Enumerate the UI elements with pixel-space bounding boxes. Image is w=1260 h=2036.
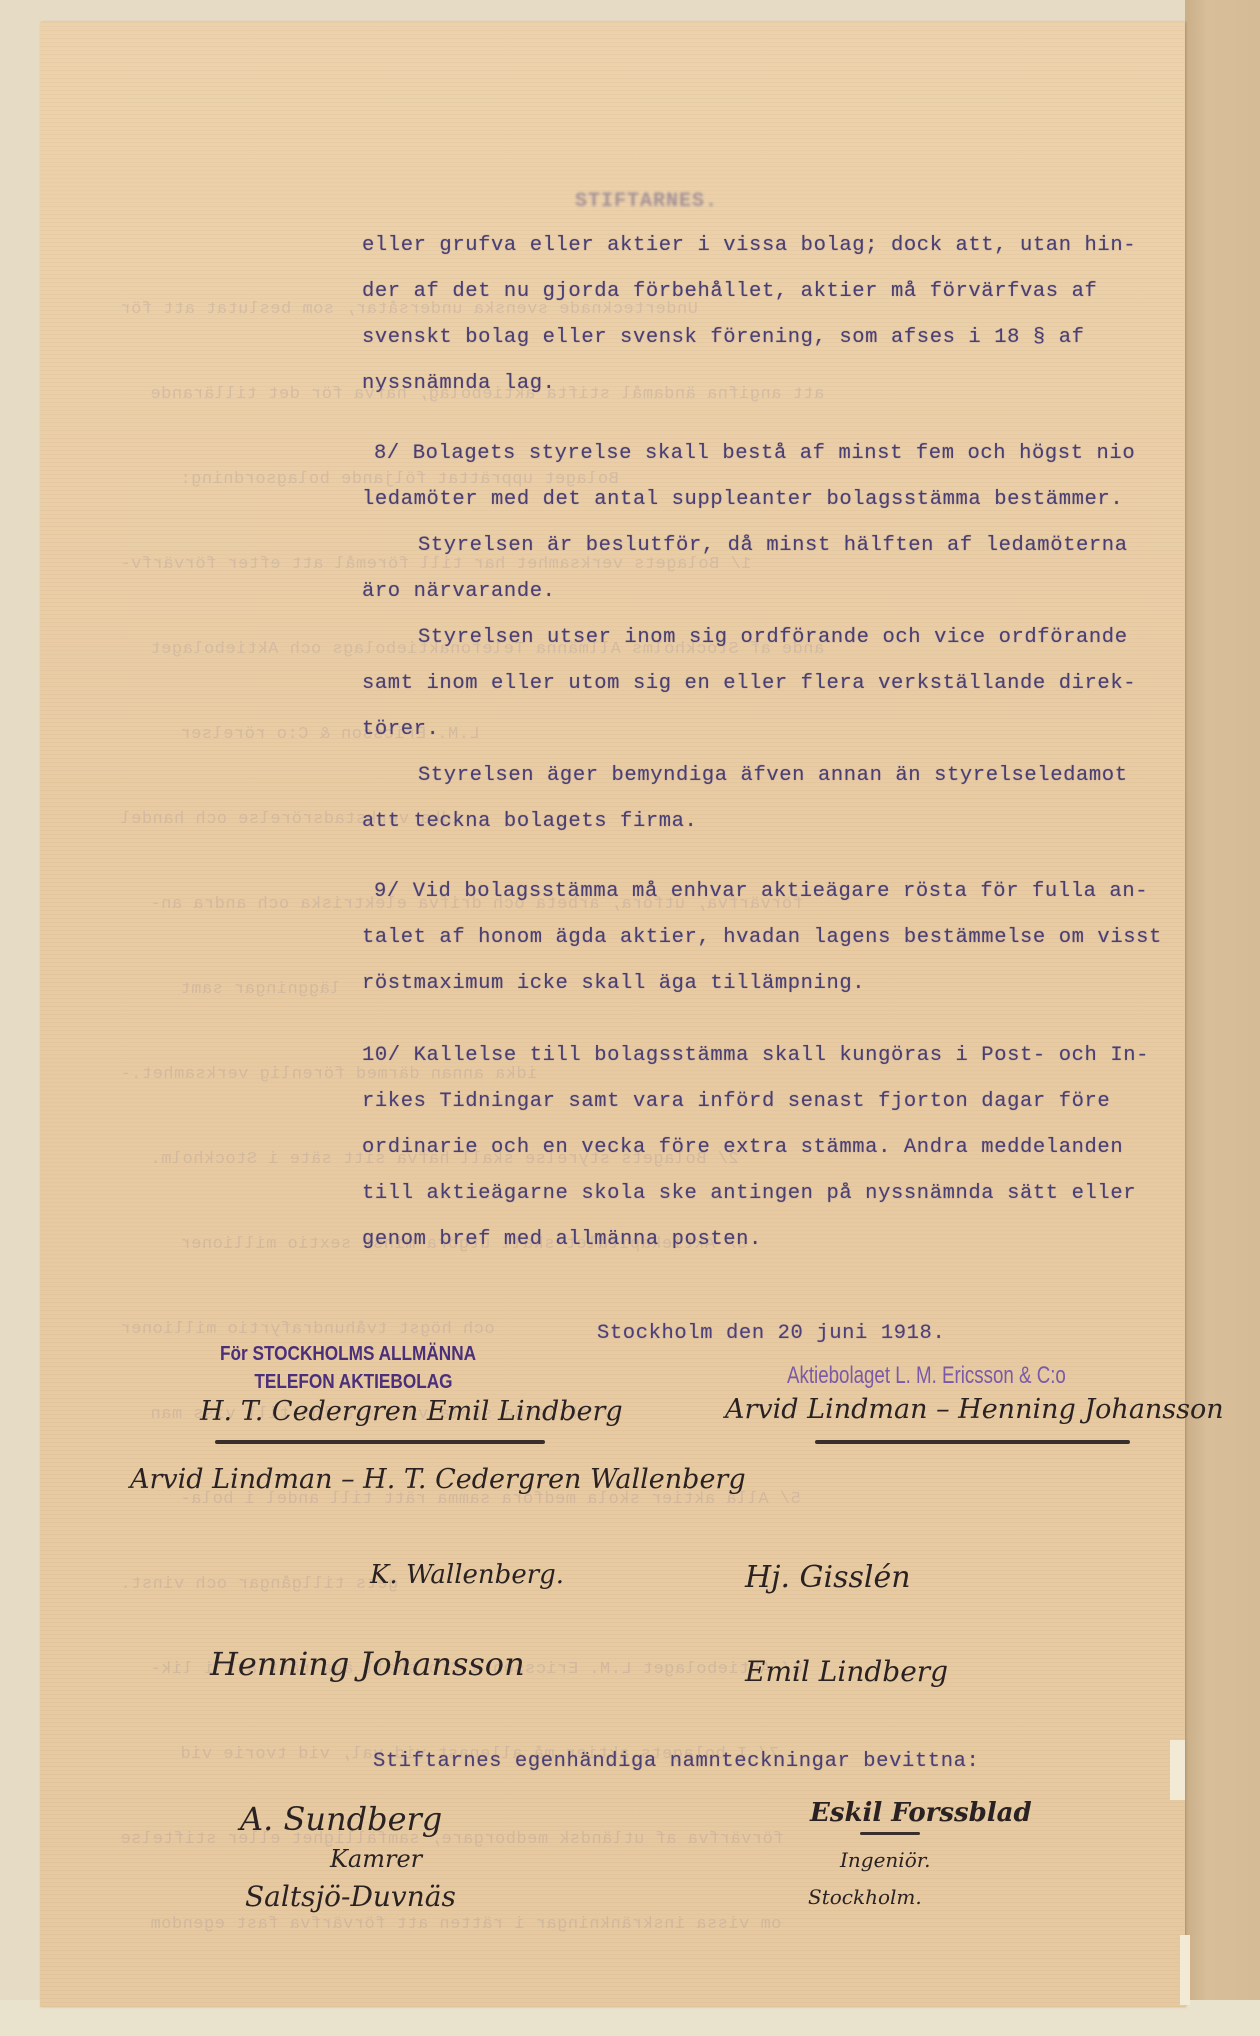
stamp-line-2: TELEFON AKTIEBOLAG [220, 1368, 476, 1396]
witness-right-title: Ingeniör. [840, 1848, 930, 1872]
signature-row1-left: H. T. Cedergren Emil Lindberg [200, 1396, 623, 1427]
body-text-line: Styrelsen är beslutför, då minst hälften… [418, 534, 1128, 557]
signature-row4-left: Henning Johansson [210, 1645, 525, 1683]
body-text-line: samt inom eller utom sig en eller flera … [362, 672, 1136, 695]
body-text-line: att teckna bolagets firma. [362, 810, 697, 833]
body-text-line: 8/ Bolagets styrelse skall bestå af mins… [374, 442, 1135, 465]
witness-right-name: Eskil Forssblad [810, 1798, 1032, 1828]
witness-right-place: Stockholm. [808, 1885, 922, 1909]
witness-underline [860, 1832, 920, 1835]
body-text-line: ordinarie och en vecka före extra stämma… [362, 1136, 1123, 1159]
stamp-line-1: För STOCKHOLMS ALLMÄNNA [220, 1343, 476, 1365]
paper-tear [1170, 1740, 1185, 1800]
body-text-line: eller grufva eller aktier i vissa bolag;… [362, 234, 1136, 257]
bleed-through-line: gets tillgångar och vinst. [120, 1575, 398, 1594]
adjacent-page-edge [1185, 0, 1260, 2036]
bleed-through-line: 1/ Bolagets verksamhet har till föremål … [120, 555, 751, 574]
bleed-through-line: och högst tvåhundrafyrtio millioner [120, 1320, 495, 1339]
bleed-through-line: idka annan därmed förenlig verksamhet.- [120, 1065, 537, 1084]
body-text-line: der af det nu gjorda förbehållet, aktier… [362, 280, 1097, 303]
body-text-line: ledamöter med det antal suppleanter bola… [362, 488, 1123, 511]
body-text-line: 9/ Vid bolagsstämma må enhvar aktieägare… [374, 880, 1148, 903]
signature-row4-right: Emil Lindberg [745, 1655, 948, 1688]
document-page [40, 22, 1185, 2007]
body-text-line: rikes Tidningar samt vara införd senast … [362, 1090, 1110, 1113]
body-text-line: svenskt bolag eller svensk förening, som… [362, 326, 1085, 349]
body-text-line: 10/ Kallelse till bolagsstämma skall kun… [362, 1044, 1149, 1067]
body-text-line: genom bref med allmänna posten. [362, 1228, 762, 1251]
bleed-through-line: Bolaget upprättat följande bolagsordning… [180, 470, 619, 489]
body-text-line: nyssnämnda lag. [362, 372, 556, 395]
signature-row3-left: K. Wallenberg. [370, 1560, 564, 1590]
stamp-lm-ericsson: Aktiebolaget L. M. Ericsson & C:o [787, 1362, 1066, 1390]
bleed-through-line: om vissa inskränkningar i rätten att för… [150, 1915, 781, 1934]
witness-label: Stiftarnes egenhändiga namnteckningar be… [373, 1750, 979, 1773]
body-text-line: Styrelsen utser inom sig ordförande och … [418, 626, 1128, 649]
signature-underline-right [815, 1440, 1130, 1444]
body-text-line: röstmaximum icke skall äga tillämpning. [362, 972, 865, 995]
signature-row1-right: Arvid Lindman – Henning Johansson [725, 1394, 1224, 1425]
paper-tear [1180, 1935, 1190, 2005]
date-line: Stockholm den 20 juni 1918. [597, 1322, 945, 1345]
body-text-line: törer. [362, 718, 439, 741]
bleed-through-line: förvärfva af utländsk medborgare, samfäl… [120, 1830, 784, 1849]
bleed-through-line: läggningar samt [180, 980, 341, 999]
witness-left-title: Kamrer [330, 1845, 422, 1873]
body-text-line: äro närvarande. [362, 580, 556, 603]
signature-row3-right: Hj. Gisslén [745, 1560, 911, 1595]
body-text-line: till aktieägarne skola ske antingen på n… [362, 1182, 1136, 1205]
stamp-stockholms-allmanna-telefon: För STOCKHOLMS ALLMÄNNA TELEFON AKTIEBOL… [220, 1340, 476, 1396]
witness-left-name: A. Sundberg [240, 1800, 442, 1838]
body-text-line: talet af honom ägda aktier, hvadan lagen… [362, 926, 1162, 949]
signature-row2: Arvid Lindman – H. T. Cedergren Wallenbe… [130, 1464, 746, 1495]
witness-left-place: Saltsjö-Duvnäs [245, 1880, 456, 1913]
signature-underline-left [215, 1440, 545, 1444]
body-text-line: Styrelsen äger bemyndiga äfven annan än … [418, 764, 1128, 787]
faint-heading: STIFTARNES. [575, 190, 718, 213]
